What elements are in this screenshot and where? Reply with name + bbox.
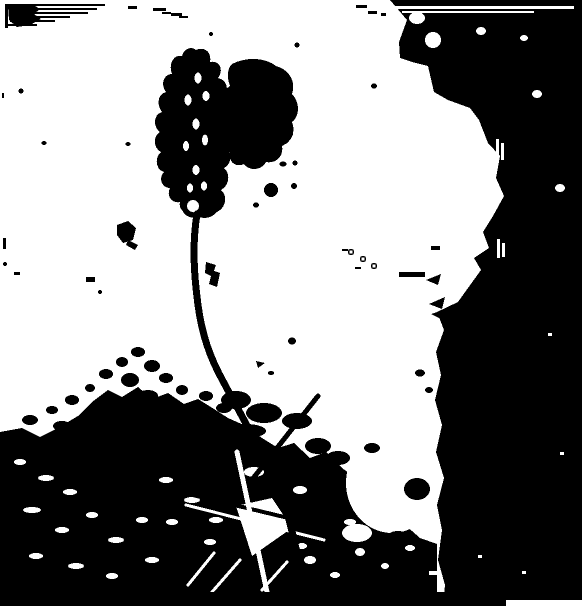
ground-blob bbox=[305, 438, 331, 454]
sky-dash bbox=[86, 277, 95, 282]
clearing-stone bbox=[364, 443, 380, 453]
stem-ring-core bbox=[187, 200, 199, 212]
ground-blob bbox=[116, 357, 128, 367]
foliage-white-slit bbox=[497, 239, 500, 258]
scene-svg bbox=[0, 0, 582, 606]
ground-white-speck bbox=[159, 477, 173, 483]
foliage-white-streak bbox=[394, 6, 574, 9]
ground-white-speck bbox=[68, 563, 84, 569]
sky-speck bbox=[42, 141, 47, 145]
ground-blob bbox=[46, 406, 58, 414]
white-clearing bbox=[342, 524, 372, 542]
bottom-white-notch bbox=[429, 571, 440, 575]
top-dash bbox=[171, 13, 182, 16]
ground-white-speck bbox=[166, 519, 178, 525]
ground-white-speck bbox=[29, 553, 43, 559]
top-dash bbox=[368, 11, 377, 14]
top-dash bbox=[162, 12, 171, 14]
sky-speck bbox=[209, 32, 213, 36]
ground-white-speck bbox=[425, 518, 435, 526]
edge-tick bbox=[3, 262, 7, 266]
sky-speck bbox=[2, 93, 4, 98]
blob-satellite bbox=[253, 203, 259, 208]
foliage-white-speck bbox=[548, 333, 552, 336]
edge-tick bbox=[3, 238, 6, 249]
ground-white-speck bbox=[330, 572, 340, 578]
foliage-white-speck bbox=[520, 35, 528, 41]
sky-speck bbox=[371, 84, 377, 89]
blob-satellite bbox=[264, 183, 278, 197]
foliage-white-speck bbox=[478, 555, 482, 558]
ground-white-speck bbox=[106, 573, 118, 579]
foliage-white-speck bbox=[555, 184, 565, 192]
ground-white-speck bbox=[355, 548, 365, 556]
sky-speck bbox=[288, 338, 296, 345]
sky-speck bbox=[415, 370, 425, 377]
ground-white-speck bbox=[293, 486, 307, 494]
ground-white-speck bbox=[204, 539, 216, 545]
ground-blob bbox=[131, 347, 145, 357]
top-dash bbox=[381, 13, 386, 16]
foliage-white-gap bbox=[425, 32, 441, 48]
blob-satellite bbox=[295, 43, 300, 48]
sky-speck bbox=[19, 89, 24, 94]
ground-blob bbox=[326, 451, 350, 465]
bottom-right-white-strip bbox=[506, 600, 582, 606]
ground-blob bbox=[22, 415, 38, 425]
clearing-stone bbox=[388, 531, 408, 541]
foliage-white-speck bbox=[476, 27, 486, 35]
sky-dash bbox=[355, 267, 361, 269]
ground-white-speck bbox=[14, 459, 26, 465]
sky-dash bbox=[342, 249, 348, 251]
sky-speck bbox=[98, 290, 102, 294]
top-dash bbox=[356, 5, 367, 8]
ground-blob bbox=[199, 391, 213, 401]
sky-speck bbox=[425, 387, 433, 393]
spike-floret-gap bbox=[185, 95, 192, 106]
foliage-white-slit bbox=[496, 139, 499, 162]
top-dash bbox=[153, 8, 166, 11]
ground-white-speck bbox=[304, 556, 316, 564]
top-dash bbox=[179, 16, 188, 18]
foliage-white-slit bbox=[502, 243, 505, 257]
ground-blob bbox=[53, 421, 71, 431]
ground-blob bbox=[121, 373, 139, 387]
spike-floret-gap bbox=[195, 73, 202, 84]
sky-dash bbox=[399, 272, 425, 277]
clearing-stone bbox=[404, 478, 430, 500]
spike-floret-gap bbox=[187, 184, 193, 193]
ground-white-speck bbox=[63, 489, 77, 495]
foliage-white-speck bbox=[532, 90, 542, 98]
ground-blob bbox=[65, 395, 79, 405]
spike-floret-gap bbox=[203, 91, 210, 101]
ground-white-speck bbox=[86, 512, 98, 518]
blob-satellite bbox=[280, 162, 287, 167]
spike-floret-gap bbox=[183, 141, 189, 151]
ground-blob bbox=[176, 385, 188, 395]
ground-blob bbox=[85, 384, 95, 392]
ground-white-speck bbox=[38, 475, 54, 481]
sky-speck bbox=[268, 371, 274, 375]
ground-blob bbox=[144, 360, 160, 372]
ground-white-speck bbox=[108, 537, 124, 543]
edge-tick bbox=[14, 272, 20, 275]
foliage-white-streak bbox=[402, 11, 534, 13]
ground-white-speck bbox=[381, 563, 389, 569]
foliage-white-slit bbox=[501, 143, 504, 160]
binarized-photo bbox=[0, 0, 582, 606]
ground-white-speck bbox=[405, 545, 415, 551]
spike-floret-gap bbox=[193, 119, 200, 130]
sky-speck bbox=[126, 142, 131, 146]
ground-blob bbox=[88, 411, 104, 421]
spike-floret-gap bbox=[202, 135, 208, 146]
ground-blob bbox=[154, 403, 170, 413]
ground-blob bbox=[99, 369, 113, 379]
foliage-white-gap bbox=[409, 12, 425, 24]
foliage-white-speck bbox=[522, 571, 526, 574]
ground-white-speck bbox=[23, 507, 41, 513]
sky-dash bbox=[431, 246, 440, 250]
bottom-bar bbox=[0, 592, 582, 606]
ground-white-speck bbox=[145, 557, 159, 563]
top-dash bbox=[128, 6, 137, 9]
spike-floret-gap bbox=[201, 182, 207, 191]
ground-white-speck bbox=[55, 527, 69, 533]
ground-blob bbox=[138, 390, 158, 402]
ground-blob bbox=[159, 373, 173, 383]
ground-white-speck bbox=[136, 517, 148, 523]
sky-speck bbox=[291, 183, 297, 189]
corner-artifact-bar bbox=[5, 4, 8, 28]
ground-white-speck bbox=[209, 517, 223, 523]
foliage-white-speck bbox=[560, 452, 564, 455]
ground-white-speck bbox=[344, 519, 356, 525]
spike-floret-gap bbox=[193, 165, 200, 175]
ground-blob bbox=[246, 403, 282, 423]
sky-speck bbox=[293, 161, 298, 166]
